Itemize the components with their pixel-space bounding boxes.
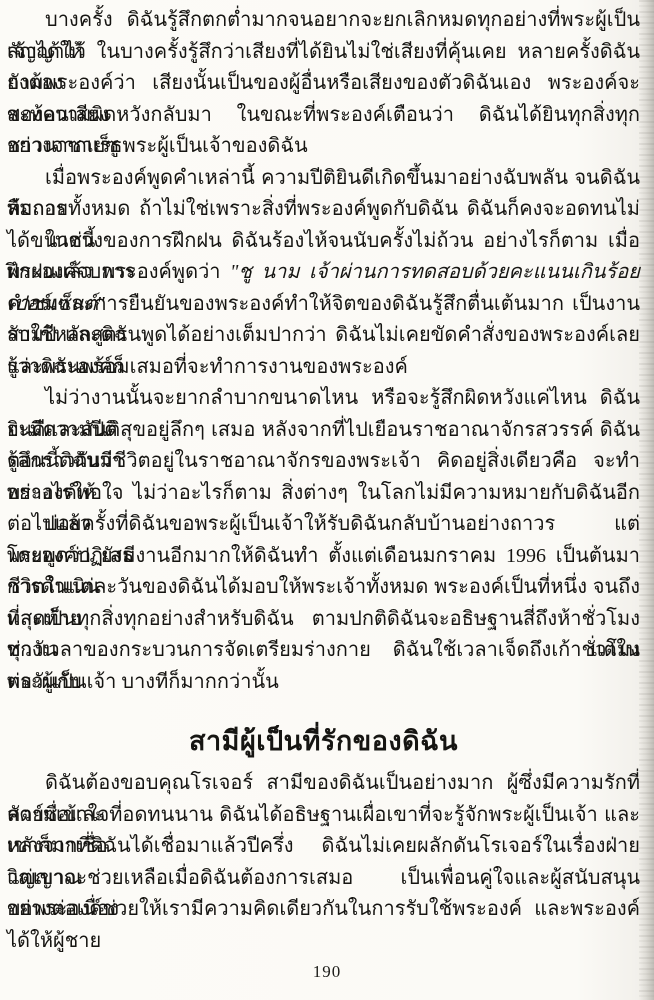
- body-text-segment: ชาวนาซาเร็ธพระผู้เป็นเจ้าของดิฉัน: [7, 135, 308, 157]
- text-line: หลังจากที่ดิฉันได้เชื่อมาแล้วปีครึ่ง ดิฉ…: [7, 831, 640, 863]
- text-line: ไม่ว่างานนั้นจะยากลำบากขนาดไหน หรือจะรู้…: [7, 383, 640, 415]
- section-heading-wrap: สามีผู้เป็นที่รักของดิฉัน: [7, 698, 640, 768]
- text-line: ในช่วงของการฝึกฝน ดิฉันร้องไห้จนนับครั้ง…: [7, 226, 640, 258]
- page-body: บางครั้ง ดิฉันรู้สึกตกต่ำมากจนอยากจะยกเล…: [7, 5, 640, 926]
- paragraph: เมื่อพระองค์พูดคำเหล่านี้ ความปีติยินดีเ…: [7, 163, 640, 226]
- text-line: ขอพระองค์ช่วยให้เรามีความคิดเดียวกันในกา…: [7, 894, 640, 926]
- text-line: ยินดีและสันติสุขอยู่ลึกๆ เสมอ หลังจากที่…: [7, 415, 640, 447]
- text-line: พระผู้เป็นเจ้า บางทีก็มากกว่านั้น: [7, 667, 640, 699]
- paragraph: บางครั้ง ดิฉันรู้สึกตกต่ำมากจนอยากจะยกเล…: [7, 5, 640, 163]
- text-line: ท้อถอยทั้งหมด ถ้าไม่ใช่เพราะสิ่งที่พระอง…: [7, 194, 640, 226]
- text-line: ช่วงเวลาของกระบวนการจัดเตรียมร่างกาย ดิฉ…: [7, 635, 640, 667]
- body-text-segment: รู้ว่าดิฉันพร้อมเสมอที่จะทำการงานของพระอ…: [7, 356, 408, 378]
- paragraph: บ่อยครั้งที่ดิฉันขอพระผู้เป็นเจ้าให้รับด…: [7, 509, 640, 698]
- body-text-segment: พระผู้เป็นเจ้า บางทีก็มากกว่านั้น: [7, 671, 279, 693]
- body-text-segment: ขอพระองค์ช่วยให้เรามีความคิดเดียวกันในกา…: [7, 898, 640, 952]
- text-line: ฝึกฝนแล้ว พระองค์พูดว่า "ชู นาม เจ้าผ่าน…: [7, 257, 640, 289]
- book-page: บางครั้ง ดิฉันรู้สึกตกต่ำมากจนอยากจะยกเล…: [0, 0, 654, 1000]
- text-line: พระองค์พอใจ ไม่ว่าอะไรก็ตาม สิ่งต่างๆ ใน…: [7, 478, 640, 510]
- text-line: ถามพระองค์ว่า เสียงนั้นเป็นของผู้อื่นหรื…: [7, 68, 640, 100]
- body-text-segment: ฝึกฝนแล้ว พระองค์พูดว่า: [7, 261, 230, 283]
- text-line: ความเข้าใจที่อดทนนาน ดิฉันได้อธิษฐานเผื่…: [7, 800, 640, 832]
- page-number: 190: [0, 962, 654, 982]
- paragraph: ดิฉันต้องขอบคุณโรเจอร์ สามีของดิฉันเป็นอ…: [7, 768, 640, 926]
- text-line: ชีวิตในแต่ละวันของดิฉันได้มอบให้พระเจ้าท…: [7, 572, 640, 604]
- section-heading: สามีผู้เป็นที่รักของดิฉัน: [7, 724, 640, 758]
- text-line: สัญญาไว้ ในบางครั้งรู้สึกว่าเสียงที่ได้ย…: [7, 37, 640, 69]
- text-line: โดยพูดว่า ยังมีงานอีกมากให้ดิฉันทำ ตั้งแ…: [7, 541, 640, 573]
- text-line: ดิฉันต้องขอบคุณโรเจอร์ สามีของดิฉันเป็นอ…: [7, 768, 640, 800]
- paragraph: ในช่วงของการฝึกฝน ดิฉันร้องไห้จนนับครั้ง…: [7, 226, 640, 384]
- text-line: บ่อยครั้งที่ดิฉันขอพระผู้เป็นเจ้าให้รับด…: [7, 509, 640, 541]
- text-line: คำชมและการยืนยันของพระองค์ทำให้จิตของดิฉ…: [7, 289, 640, 321]
- text-line: รู้ว่าดิฉันพร้อมเสมอที่จะทำการงานของพระอ…: [7, 352, 640, 384]
- text-line: ของความผิดหวังกลับมา ในขณะที่พระองค์เตือ…: [7, 100, 640, 132]
- paragraphs-after-heading: ดิฉันต้องขอบคุณโรเจอร์ สามีของดิฉันเป็นอ…: [7, 768, 640, 926]
- text-line: ชาวนาซาเร็ธพระผู้เป็นเจ้าของดิฉัน: [7, 131, 640, 163]
- text-line: และเป็นทุกสิ่งทุกอย่างสำหรับดิฉัน ตามปกต…: [7, 604, 640, 636]
- page-edge-shadow: [639, 0, 654, 1000]
- text-line: สามปี และดิฉันพูดได้อย่างเต็มปากว่า ดิฉั…: [7, 320, 640, 352]
- text-line: แต่เขาจะช่วยเหลือเมื่อดิฉันต้องการเสมอ เ…: [7, 863, 640, 895]
- paragraph: ไม่ว่างานนั้นจะยากลำบากขนาดไหน หรือจะรู้…: [7, 383, 640, 509]
- text-line: บางครั้ง ดิฉันรู้สึกตกต่ำมากจนอยากจะยกเล…: [7, 5, 640, 37]
- text-line: เมื่อพระองค์พูดคำเหล่านี้ ความปีติยินดีเ…: [7, 163, 640, 195]
- text-line: ตอนนี้ดิฉันมีชีวิตอยู่ในราชอาณาจักรของพร…: [7, 446, 640, 478]
- paragraphs-before-heading: บางครั้ง ดิฉันรู้สึกตกต่ำมากจนอยากจะยกเล…: [7, 5, 640, 698]
